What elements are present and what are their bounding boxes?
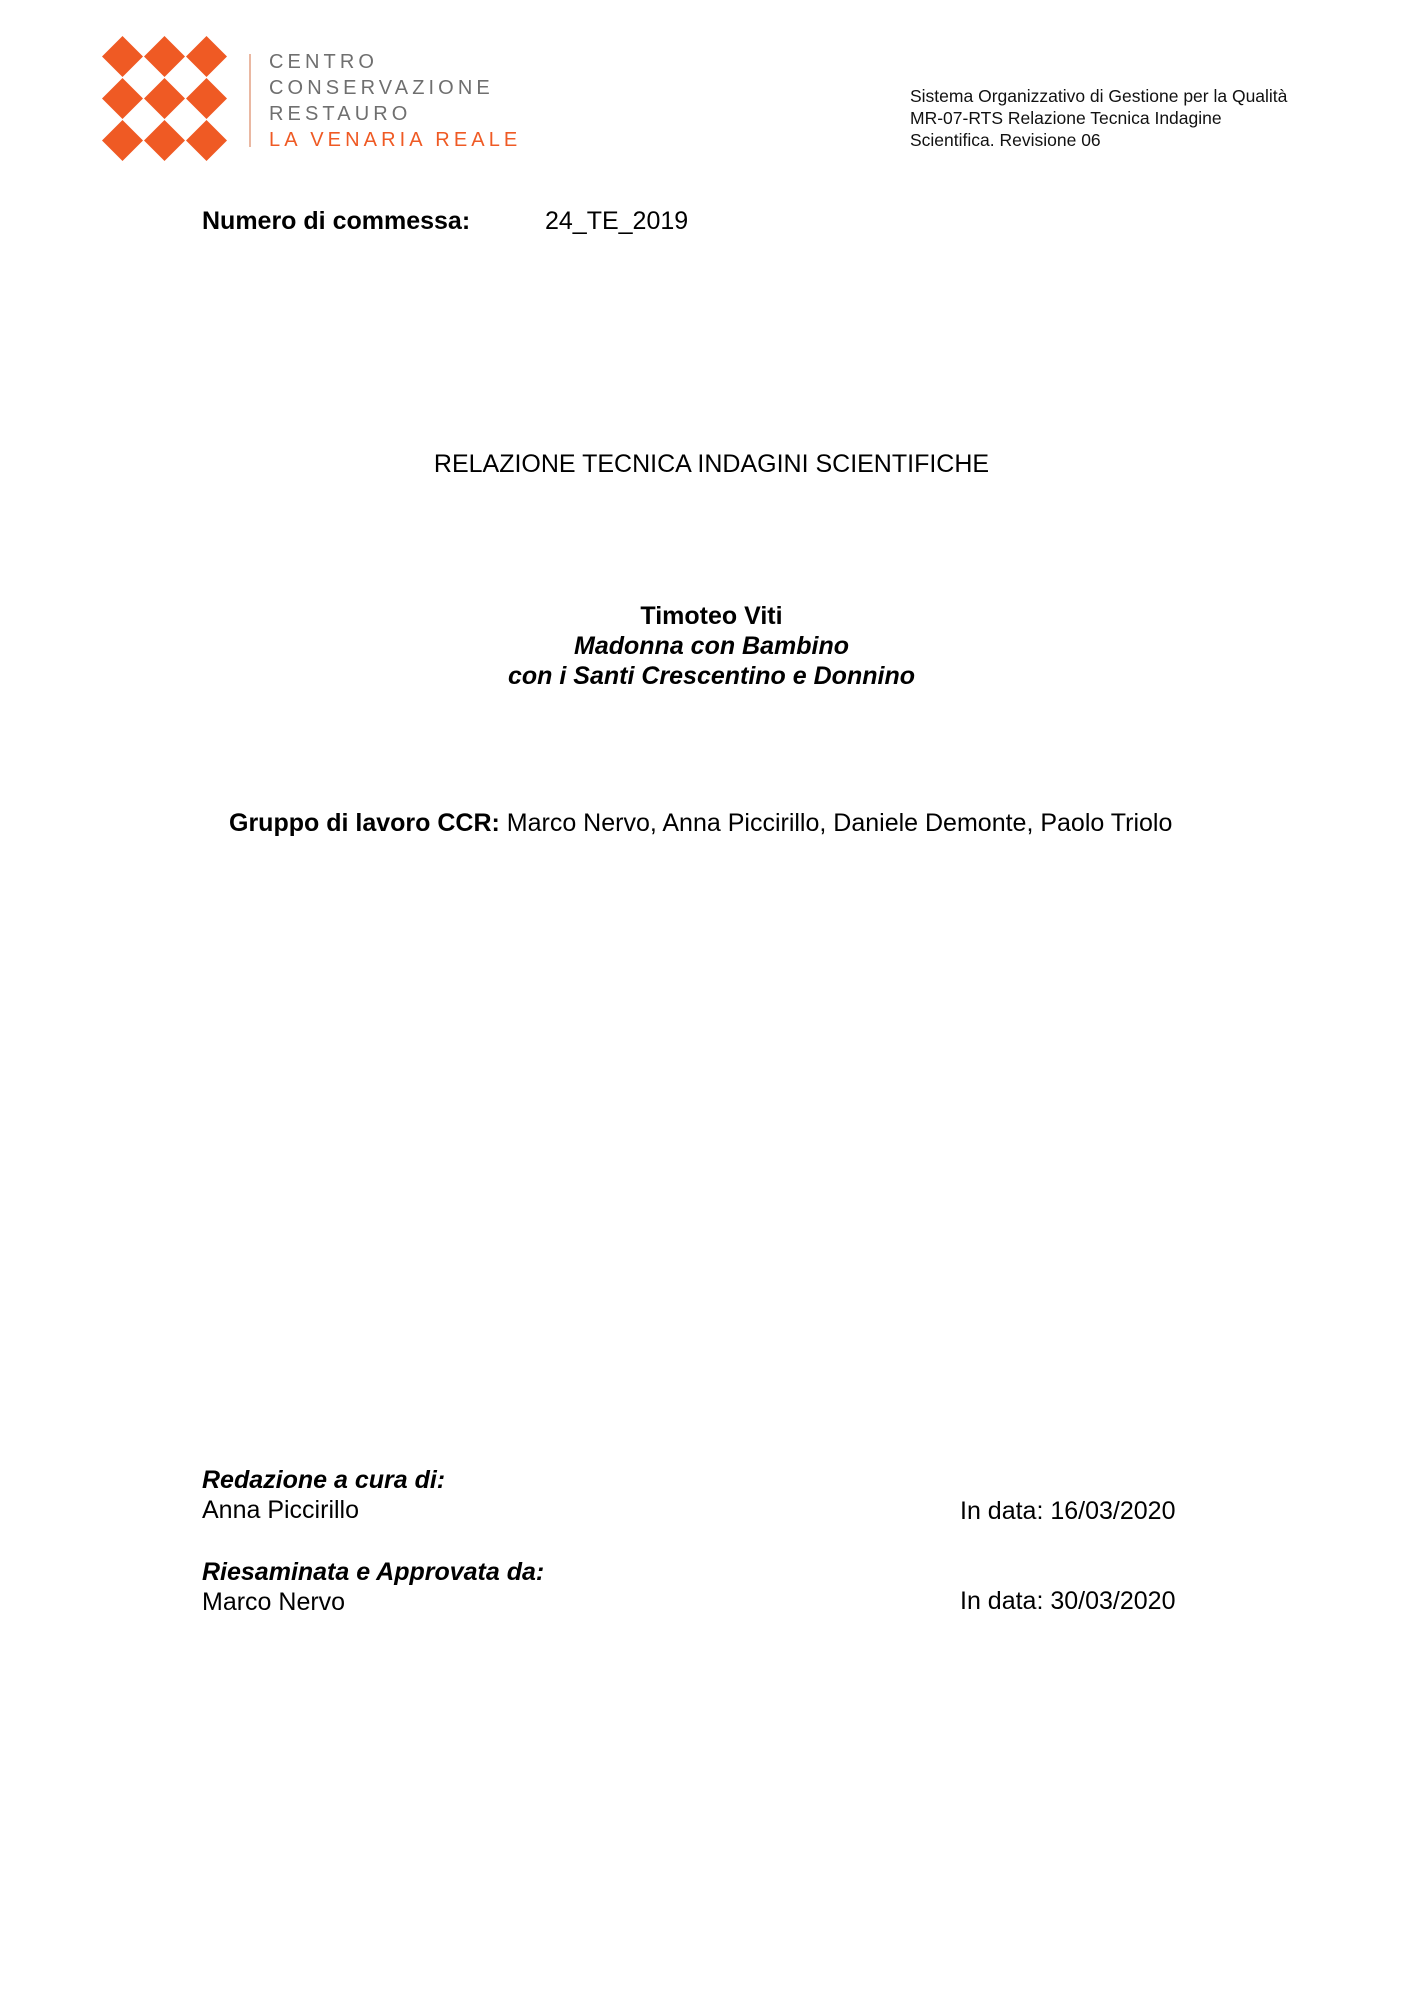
approved-by-name: Marco Nervo <box>202 1588 345 1617</box>
drafted-by-label: Redazione a cura di: <box>202 1466 445 1495</box>
logo-diamond <box>102 78 143 119</box>
header-line-2: MR-07-RTS Relazione Tecnica Indagine <box>910 107 1287 129</box>
artwork-block: Timoteo Viti Madonna con Bambino con i S… <box>0 601 1413 691</box>
document-title: RELAZIONE TECNICA INDAGINI SCIENTIFICHE <box>0 450 1413 479</box>
quality-system-header: Sistema Organizzativo di Gestione per la… <box>910 85 1287 151</box>
diamond-grid-logo-icon <box>96 30 236 170</box>
work-team: Gruppo di lavoro CCR: Marco Nervo, Anna … <box>229 809 1172 838</box>
logo-diamond <box>144 120 185 161</box>
logo-diamond <box>186 120 227 161</box>
logo-line-conservazione: CONSERVAZIONE <box>269 75 521 101</box>
logo-divider <box>249 54 251 147</box>
artwork-title-line-2: con i Santi Crescentino e Donnino <box>10 661 1413 691</box>
approved-date: In data: 30/03/2020 <box>960 1587 1175 1616</box>
header-line-3: Scientifica. Revisione 06 <box>910 129 1287 151</box>
header-line-1: Sistema Organizzativo di Gestione per la… <box>910 85 1287 107</box>
logo-line-centro: CENTRO <box>269 49 521 75</box>
artwork-title-line-1: Madonna con Bambino <box>10 631 1413 661</box>
logo-line-restauro: RESTAURO <box>269 101 521 127</box>
artwork-artist: Timoteo Viti <box>10 601 1413 631</box>
approved-by-label: Riesaminata e Approvata da: <box>202 1558 544 1587</box>
team-members: Marco Nervo, Anna Piccirillo, Daniele De… <box>507 809 1173 837</box>
logo-wordmark: CENTRO CONSERVAZIONE RESTAURO LA VENARIA… <box>269 49 521 153</box>
commessa-label: Numero di commessa: <box>202 207 470 236</box>
drafted-date: In data: 16/03/2020 <box>960 1497 1175 1526</box>
logo-diamond <box>186 36 227 77</box>
logo-diamond <box>144 78 185 119</box>
logo-diamond <box>186 78 227 119</box>
logo-line-venaria-reale: LA VENARIA REALE <box>269 127 521 153</box>
team-label: Gruppo di lavoro CCR: <box>229 809 500 837</box>
logo-diamond <box>102 120 143 161</box>
organization-logo: CENTRO CONSERVAZIONE RESTAURO LA VENARIA… <box>96 30 506 170</box>
logo-diamond <box>102 36 143 77</box>
commessa-value: 24_TE_2019 <box>545 207 688 236</box>
drafted-by-name: Anna Piccirillo <box>202 1496 359 1525</box>
logo-diamond <box>144 36 185 77</box>
